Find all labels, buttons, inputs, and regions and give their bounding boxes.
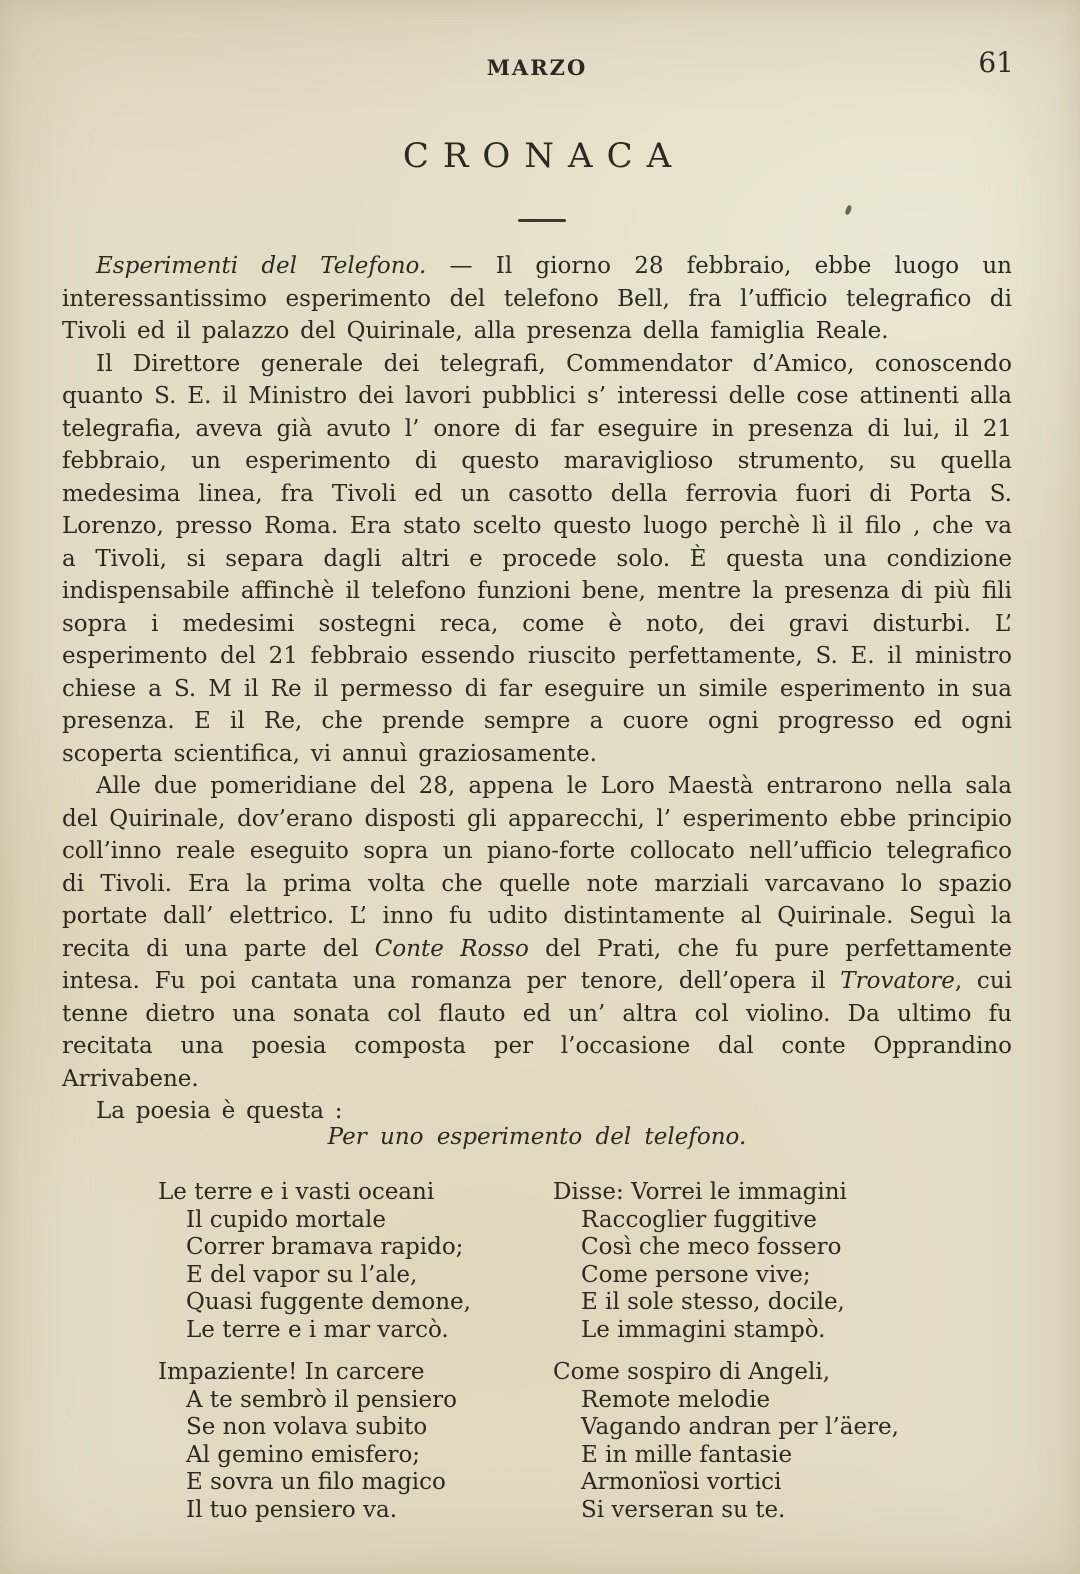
poem-stanza-1: Le terre e i vasti oceani Il cupido mort…	[158, 1179, 538, 1344]
title-divider	[518, 219, 566, 222]
poem-line: Correr bramava rapido;	[186, 1234, 538, 1262]
paragraph-4: La poesia è questa :	[62, 1095, 1012, 1128]
poem-line: Al gemino emisfero;	[186, 1442, 538, 1470]
ink-speck	[845, 204, 853, 215]
section-title: CRONACA	[0, 136, 1074, 176]
poem-line: Remote melodie	[581, 1387, 993, 1415]
poem-stanza-3: Disse: Vorrei le immagini Raccoglier fug…	[553, 1179, 993, 1344]
poem-line: Le terre e i vasti oceani	[158, 1179, 538, 1207]
paragraph-1-lead: Esperimenti del Telefono.	[96, 253, 426, 279]
poem-line: Le immagini stampò.	[581, 1317, 993, 1345]
poem-line: E il sole stesso, docile,	[581, 1289, 993, 1317]
poem-line: Così che meco fossero	[581, 1234, 993, 1262]
poem-column-left: Le terre e i vasti oceani Il cupido mort…	[158, 1179, 538, 1539]
poem-line: Raccoglier fuggitive	[581, 1207, 993, 1235]
poem-line: Il cupido mortale	[186, 1207, 538, 1235]
poem-line: Il tuo pensiero va.	[186, 1497, 538, 1525]
poem-line: Vagando andran per l’äere,	[581, 1414, 993, 1442]
poem-line: E del vapor su l’ale,	[186, 1262, 538, 1290]
poem-line: E sovra un filo magico	[186, 1469, 538, 1497]
paragraph-2: Il Direttore generale dei telegrafi, Com…	[62, 348, 1012, 771]
poem-line: Come persone vive;	[581, 1262, 993, 1290]
paragraph-3: Alle due pomeridiane del 28, appena le L…	[62, 770, 1012, 1095]
poem-line: E in mille fantasie	[581, 1442, 993, 1470]
poem-line: Se non volava subito	[186, 1414, 538, 1442]
poem-line: A te sembrò il pensiero	[186, 1387, 538, 1415]
poem-line: Le terre e i mar varcò.	[186, 1317, 538, 1345]
paragraph-3-text-1: Alle due pomeridiane del 28, appena le L…	[62, 773, 1012, 962]
poem-line: Quasi fuggente demone,	[186, 1289, 538, 1317]
running-title: MARZO	[0, 55, 1074, 80]
page-number: 61	[978, 46, 1014, 79]
poem-line: Disse: Vorrei le immagini	[553, 1179, 993, 1207]
poem-title: Per uno esperimento del telefono.	[0, 1124, 1074, 1150]
poem-line: Come sospiro di Angeli,	[553, 1359, 993, 1387]
poem-stanza-2: Impaziente! In carcere A te sembrò il pe…	[158, 1359, 538, 1524]
scanned-book-page: { "colors": { "paper": "#e4ddc6", "ink":…	[0, 0, 1080, 1574]
work-title-trovatore: Trovatore	[840, 968, 955, 994]
poem-line: Impaziente! In carcere	[158, 1359, 538, 1387]
article-body: Esperimenti del Telefono. — Il giorno 28…	[62, 250, 1012, 1128]
poem-stanza-4: Come sospiro di Angeli, Remote melodie V…	[553, 1359, 993, 1524]
paragraph-1: Esperimenti del Telefono. — Il giorno 28…	[62, 250, 1012, 348]
poem-line: Si verseran su te.	[581, 1497, 993, 1525]
poem-column-right: Disse: Vorrei le immagini Raccoglier fug…	[553, 1179, 993, 1539]
work-title-conte-rosso: Conte Rosso	[375, 936, 529, 962]
poem-line: Armonïosi vortici	[581, 1469, 993, 1497]
